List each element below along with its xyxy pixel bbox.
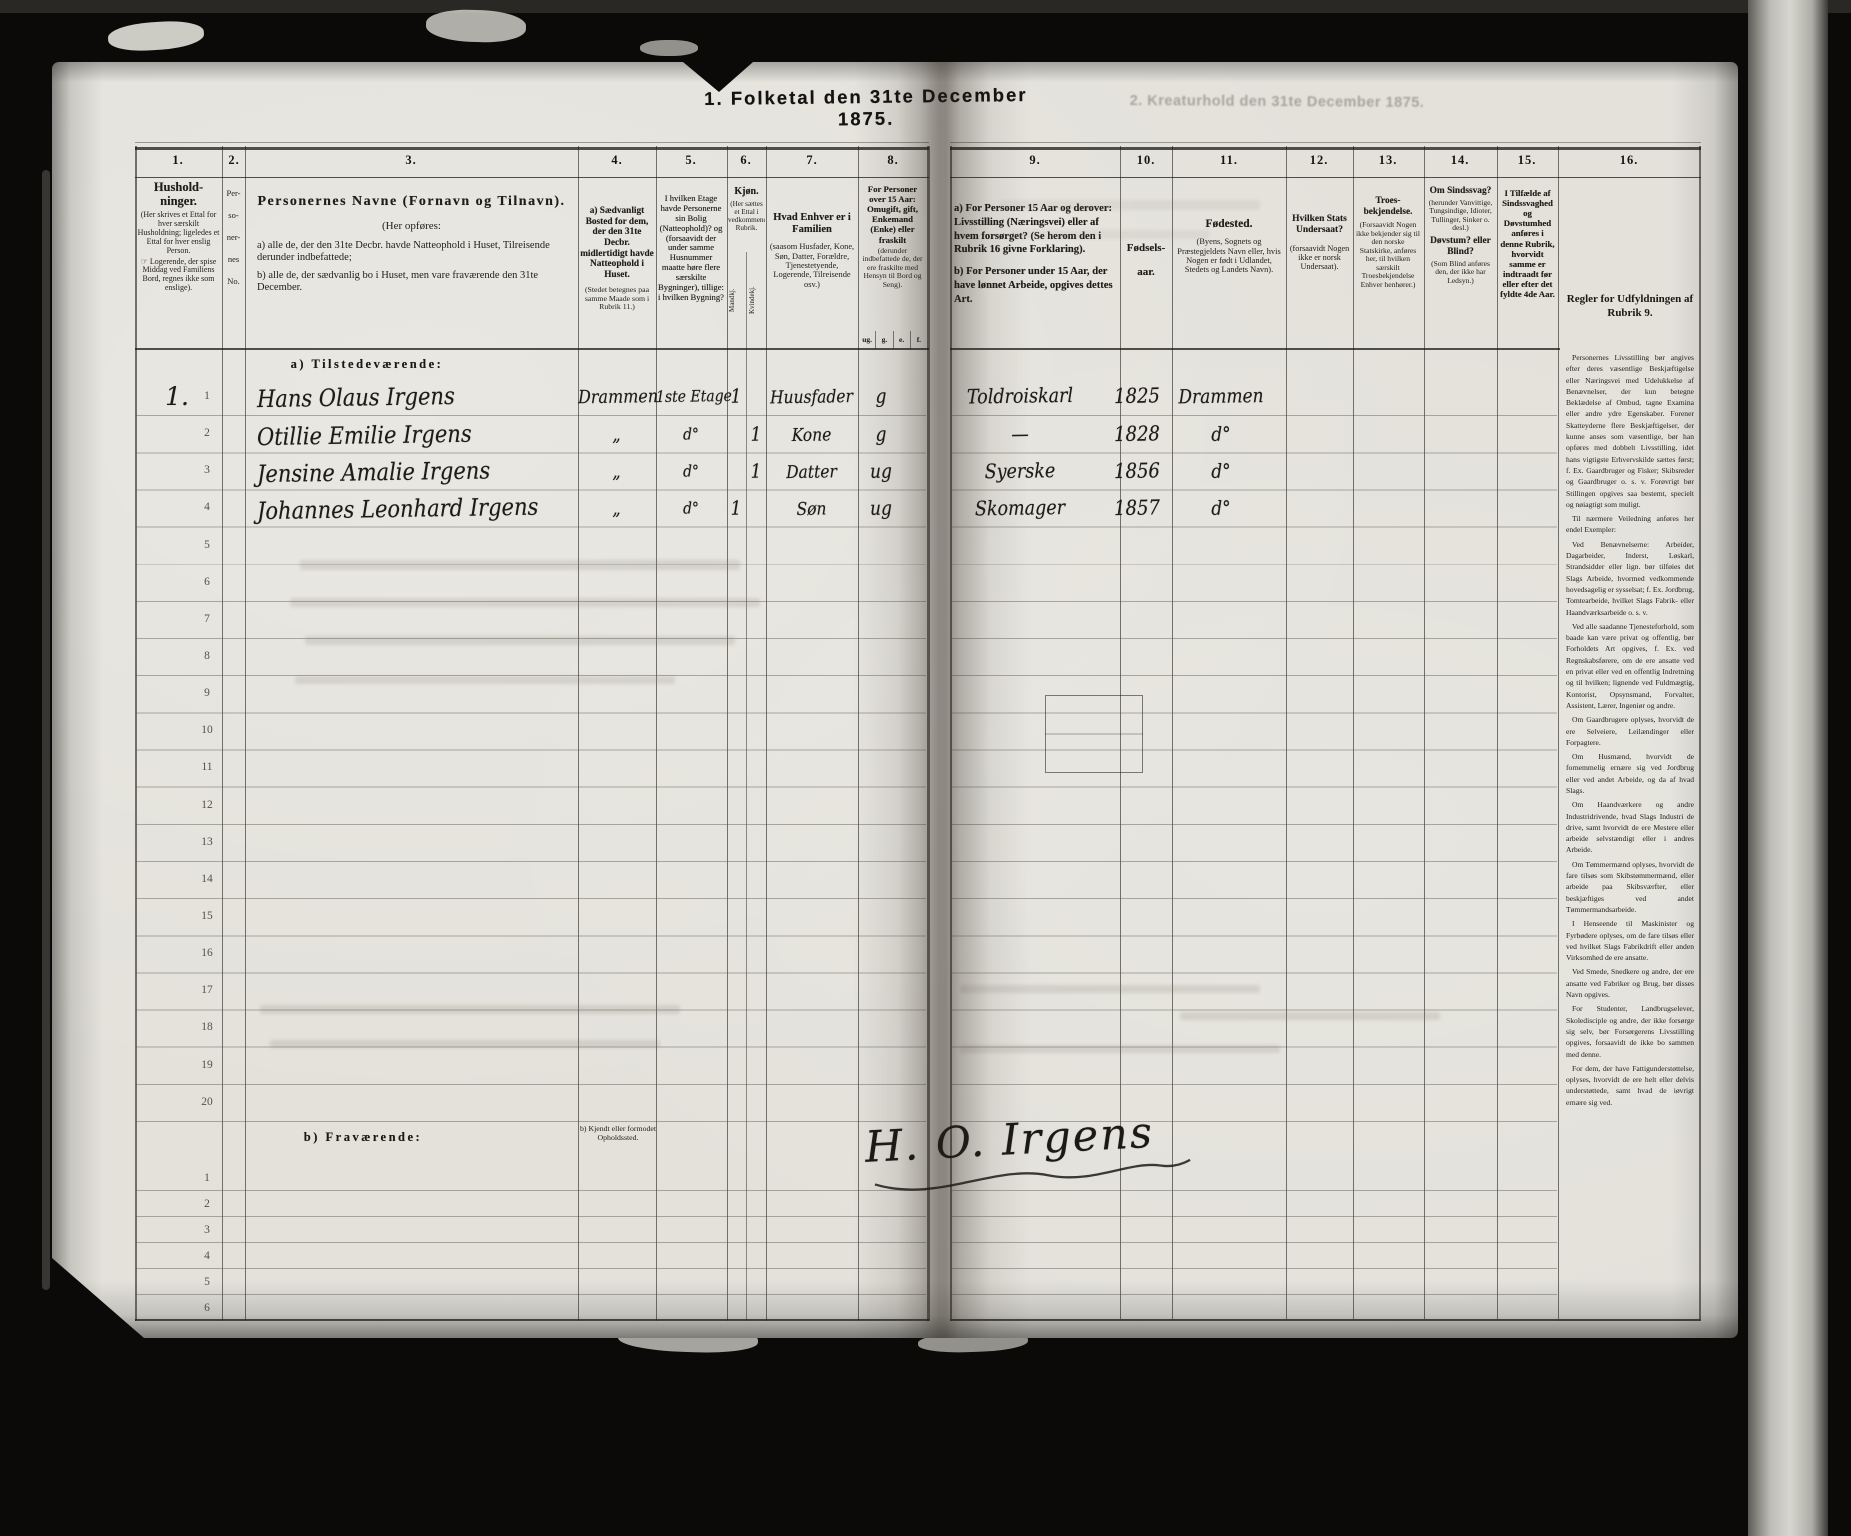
header-note: (saasom Husfader, Kone, Søn, Datter, For… — [768, 242, 856, 289]
header-note-2: ☞ Logerende, der spise Middag ved Famili… — [137, 258, 220, 294]
rules-paragraph: Om Gaardbrugere oplyses, hvorvidt de ere… — [1566, 714, 1694, 748]
scan-top-strip — [0, 0, 1851, 13]
column-number-12: 12. — [1301, 153, 1337, 177]
column-number-15: 15. — [1509, 153, 1545, 177]
header-note: (herunder Vanvittige, Tungsindige, Idiot… — [1426, 199, 1495, 233]
header-title: Fødsels- aar. — [1122, 236, 1170, 284]
rules-paragraph: Til nærmere Veiledning anføres her endel… — [1566, 513, 1694, 536]
row-number: 13 — [194, 824, 220, 861]
person-row: Hans Olaus Irgens Drammen 1ste Etage 1 H… — [0, 378, 1740, 416]
header-husholdninger: Hushold- ninger. (Her skrives et Ettal f… — [137, 180, 220, 348]
header-title: For Personer over 15 Aar: Omugift, gift,… — [860, 184, 925, 245]
header-personernes-navne: Personernes Navne (Fornavn og Tilnavn). … — [249, 180, 574, 348]
row-number: 6 — [194, 1295, 220, 1321]
cell-kvindekjon: 1 — [746, 450, 767, 494]
header-title: Per- so- ner- nes No. — [223, 182, 244, 292]
header-note: (forsaavidt Nogen ikke er norsk Undersaa… — [1288, 244, 1351, 272]
bleedthrough-smudge — [295, 676, 675, 684]
page-under-edge — [42, 170, 50, 1290]
header-title-2: Døvstum? eller Blind? — [1426, 236, 1495, 258]
bleedthrough-smudge — [960, 985, 1260, 993]
header-title: Troes- bekjendelse. — [1355, 196, 1421, 217]
cell-bosted: „ — [578, 486, 656, 531]
correction-box — [1045, 695, 1143, 773]
bleedthrough-smudge — [1010, 230, 1210, 239]
civilstand-marks: ug.g.e.f. — [859, 331, 927, 349]
bleedthrough-smudge — [300, 560, 740, 570]
cell-mandkjon: 1 — [726, 487, 747, 531]
bleedthrough-smudge — [1000, 200, 1260, 210]
header-note-2: (Som Blind anføres den, der ikke har Led… — [1426, 260, 1495, 285]
column-number-6: 6. — [728, 153, 764, 177]
bleedthrough-smudge — [305, 636, 735, 645]
rules-paragraph: Om Tømmermænd oplyses, hvorvidt de fare … — [1566, 859, 1694, 915]
bleedthrough-smudge — [270, 1040, 660, 1048]
column-number-5: 5. — [673, 153, 709, 177]
person-row: Otillie Emilie Irgens „ d° 1 Kone g — 18… — [0, 416, 1740, 454]
row-number: 5 — [194, 1269, 220, 1295]
cell-name: Johannes Leonhard Irgens — [257, 485, 530, 533]
header-etage: I hvilken Etage havde Personerne sin Bol… — [658, 180, 724, 348]
column-number-1: 1. — [160, 153, 196, 177]
row-number: 16 — [194, 935, 220, 972]
header-note: (Her sættes et Ettal i vedkommende Rubri… — [728, 200, 765, 232]
rules-text: Personernes Livsstilling bør angives eft… — [1566, 352, 1694, 1314]
grid-line-h — [950, 142, 1701, 143]
rules-paragraph: Om Haandværkere og andre Industridrivend… — [1566, 799, 1694, 855]
column-number-3: 3. — [393, 153, 429, 177]
rules-paragraph: Om Husmænd, hvorvidt de fornemmelig ernæ… — [1566, 751, 1694, 796]
header-sindssvag: Om Sindssvag? (herunder Vanvittige, Tung… — [1426, 180, 1495, 348]
row-number: 9 — [194, 675, 220, 712]
header-troesbekjendelse: Troes- bekjendelse. (Forsaavidt Nogen ik… — [1355, 180, 1421, 348]
column-number-11: 11. — [1211, 153, 1247, 177]
person-row: Jensine Amalie Irgens „ d° 1 Datter ug S… — [0, 453, 1740, 491]
person-row: Johannes Leonhard Irgens „ d° 1 Søn ug S… — [0, 490, 1740, 528]
row-number: 14 — [194, 861, 220, 898]
cell-fodested: d° — [1164, 486, 1279, 531]
header-note: (Stedet betegnes paa samme Maade som i R… — [580, 286, 654, 312]
paper-fragment — [107, 19, 205, 54]
signature-block: H. O. Irgens — [864, 1105, 1209, 1220]
grid-line-h-top — [950, 147, 1701, 150]
column-number-8: 8. — [875, 153, 911, 177]
corner-tear — [52, 1258, 144, 1338]
bleedthrough-smudge — [290, 598, 760, 607]
paper-fragment — [425, 8, 526, 43]
header-title: Personernes Navne (Fornavn og Tilnavn). — [249, 194, 574, 210]
header-item-a: a) alle de, der den 31te Decbr. havde Na… — [249, 240, 574, 264]
row-number: 5 — [194, 527, 220, 564]
header-statsundersaat: Hvilken Stats Undersaat? (forsaavidt Nog… — [1288, 180, 1351, 348]
rules-paragraph: I Henseende til Maskinister og Fyrbødere… — [1566, 918, 1694, 963]
header-title: I hvilken Etage havde Personerne sin Bol… — [658, 194, 724, 303]
column-number-16: 16. — [1611, 153, 1647, 177]
row-number: 10 — [194, 712, 220, 749]
bleedthrough-smudge — [1180, 1012, 1440, 1020]
civilstand-mark: ug. — [859, 331, 875, 349]
row-number: 7 — [194, 601, 220, 638]
row-number: 1 — [194, 1165, 220, 1191]
column-number-4: 4. — [599, 153, 635, 177]
census-scan: 1. Folketal den 31te December 1875. 2. K… — [0, 0, 1851, 1536]
cell-familiestilling: Søn — [766, 486, 858, 531]
cell-etage: d° — [656, 486, 727, 530]
header-item-b: b) alle de, der sædvanlig bo i Huset, me… — [249, 270, 574, 294]
header-intro: (Her opføres: — [249, 220, 574, 232]
header-familiestilling: Hvad Enhver er i Familien (saasom Husfad… — [768, 180, 856, 348]
row-lines-b-left — [136, 1165, 926, 1322]
column-number-2: 2. — [216, 153, 252, 177]
row-number: 8 — [194, 638, 220, 675]
header-regler: Regler for Udfyldningen af Rubrik 9. — [1560, 292, 1700, 321]
row-number: 18 — [194, 1009, 220, 1046]
header-title: Hushold- ninger. — [137, 180, 220, 209]
rules-paragraph: Ved Benævnelserne: Arbeider, Dagarbeider… — [1566, 539, 1694, 618]
header-title: I Tilfælde af Sindssvaghed og Døvstumhed… — [1499, 188, 1556, 299]
row-number: 19 — [194, 1047, 220, 1084]
subheader-mandkjon: Mandkj. — [728, 252, 745, 348]
bleedthrough-smudge — [960, 1045, 1280, 1053]
header-note: (Byens, Sognets og Præstegjeldets Navn e… — [1174, 237, 1284, 275]
rules-paragraph: Personernes Livsstilling bør angives eft… — [1566, 352, 1694, 510]
ghost-title-bleedthrough: 2. Kreaturhold den 31te December 1875. — [1082, 93, 1472, 112]
row-number: 17 — [194, 972, 220, 1009]
header-title: Om Sindssvag? — [1426, 186, 1495, 197]
header-note: (derunder indbefattede de, der ere frask… — [860, 247, 925, 290]
row-number: 6 — [194, 564, 220, 601]
grid-line-h-header-bottom — [950, 348, 1560, 350]
rules-paragraph: Ved alle saadanne Tjenesteforhold, som b… — [1566, 621, 1694, 711]
header-title: a) Sædvanligt Bosted for dem, der den 31… — [580, 206, 654, 281]
header-civilstand: For Personer over 15 Aar: Omugift, gift,… — [860, 180, 925, 348]
rules-paragraph: For dem, der have Fattigunderstøttelse, … — [1566, 1063, 1694, 1108]
grid-line-h-top — [135, 147, 929, 150]
civilstand-mark: e. — [893, 331, 910, 349]
header-saedvanligt-bosted: a) Sædvanligt Bosted for dem, der den 31… — [580, 180, 654, 348]
row-number: 20 — [194, 1084, 220, 1121]
rules-paragraph: For Studenter, Landbrugselever, Skoledis… — [1566, 1003, 1694, 1059]
header-title: Hvilken Stats Undersaat? — [1288, 214, 1351, 236]
paper-fragment — [640, 40, 698, 56]
cell-mandkjon: 1 — [726, 375, 747, 419]
header-tilfaelde: I Tilfælde af Sindssvaghed og Døvstumhed… — [1499, 180, 1556, 348]
cell-civilstand: ug — [856, 486, 907, 530]
grid-line-h — [135, 177, 929, 178]
row-number: 3 — [194, 1217, 220, 1243]
column-number-7: 7. — [794, 153, 830, 177]
adjacent-page-edge — [1748, 0, 1828, 1536]
subheader-kvindekjon: Kvindekj. — [748, 252, 765, 348]
column-number-10: 10. — [1128, 153, 1164, 177]
row-number: 15 — [194, 898, 220, 935]
row-number: 12 — [194, 787, 220, 824]
column-number-9: 9. — [1017, 153, 1053, 177]
section-b-col4-note: b) Kjendt eller formodet Opholdssted. — [579, 1124, 657, 1143]
grid-line-h — [135, 142, 929, 143]
bleedthrough-smudge — [260, 1005, 680, 1014]
header-note: (Forsaavidt Nogen ikke bekjender sig til… — [1355, 221, 1421, 289]
column-number-13: 13. — [1370, 153, 1406, 177]
cell-fodselsaar: 1857 — [1104, 486, 1171, 530]
section-b-label: b) Fraværende: — [258, 1130, 468, 1145]
header-item-b: b) For Personer under 15 Aar, der have l… — [954, 265, 1116, 306]
row-number: 11 — [194, 749, 220, 786]
civilstand-mark: g. — [875, 331, 892, 349]
cell-livsstilling: Skomager — [934, 485, 1107, 531]
header-title: Kjøn. — [728, 186, 765, 198]
row-numbers-b: 123456 — [194, 1165, 220, 1321]
row-number: 2 — [194, 1191, 220, 1217]
grid-line-h — [950, 177, 1701, 178]
header-note: (Her skrives et Ettal for hver særskilt … — [137, 211, 220, 256]
grid-line-v — [1558, 146, 1559, 1319]
grid-line-h-header-bottom — [135, 348, 929, 350]
column-number-14: 14. — [1442, 153, 1478, 177]
grid-line-v — [1699, 146, 1701, 1319]
row-number: 4 — [194, 1243, 220, 1269]
civilstand-mark: f. — [910, 331, 927, 349]
header-title: Hvad Enhver er i Familien — [768, 212, 856, 236]
section-a-label: a) Tilstedeværende: — [262, 357, 472, 372]
header-personernes-no: Per- so- ner- nes No. — [223, 180, 244, 348]
page-title: 1. Folketal den 31te December 1875. — [698, 84, 1035, 132]
rules-paragraph: Ved Smede, Snedkere og andre, der ere an… — [1566, 966, 1694, 1000]
